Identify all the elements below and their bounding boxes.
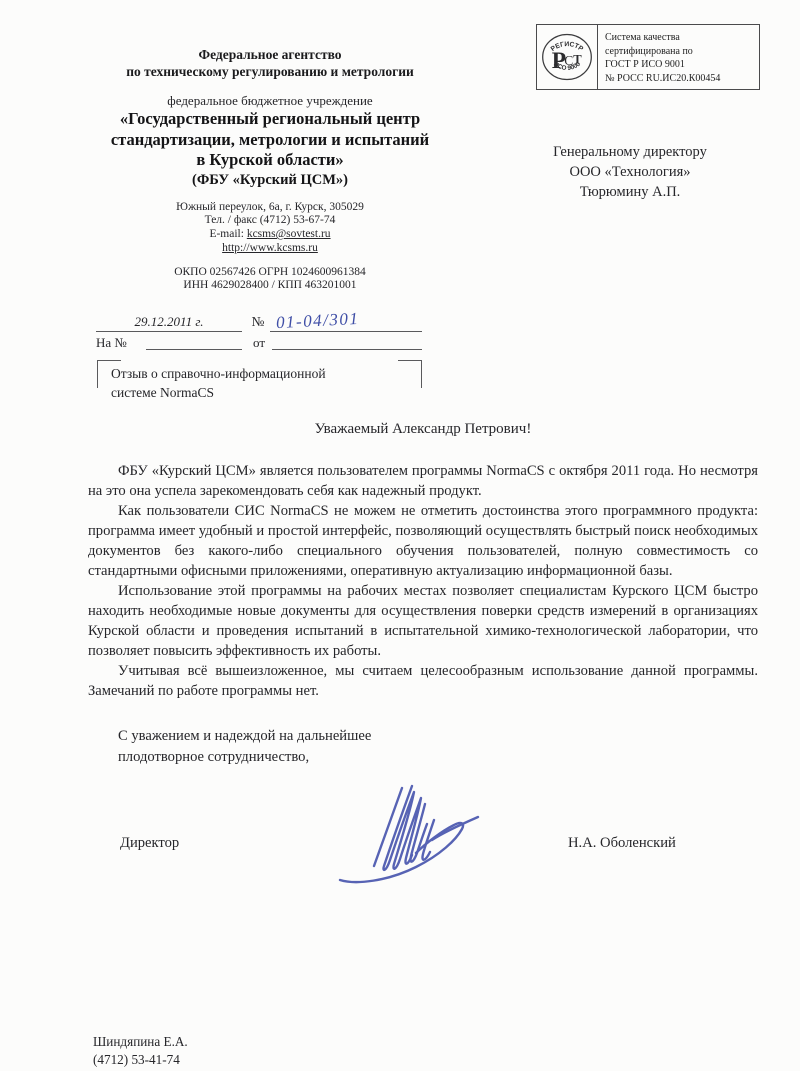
email-line: E-mail: kcsms@sovtest.ru (60, 228, 480, 242)
outgoing-number-field: 01-04/301 (270, 309, 422, 332)
salutation: Уважаемый Александр Петрович! (88, 421, 758, 438)
org-short-name: (ФБУ «Курский ЦСМ») (60, 171, 480, 189)
org-type: федеральное бюджетное учреждение (60, 93, 480, 109)
cert-stamp-text: Система качества сертифицирована по ГОСТ… (598, 25, 759, 89)
subject-block: Отзыв о справочно-информационной системе… (97, 360, 422, 412)
reply-number-line (146, 348, 242, 350)
stamp-monogram-t: Т (573, 52, 582, 66)
reply-to-label: На № (96, 335, 146, 353)
inn-kpp: ИНН 4629028400 / КПП 463201001 (60, 279, 480, 293)
subject-text: Отзыв о справочно-информационной системе… (111, 365, 326, 402)
rst-quality-mark-icon: РЕГИСТР ИСО 9000 Р С Т (540, 31, 594, 83)
body-paragraph: Учитывая всё вышеизложенное, мы считаем … (88, 661, 758, 701)
number-sign-label: № (248, 314, 268, 332)
email-link: kcsms@sovtest.ru (247, 228, 331, 240)
agency-name-line1: Федеральное агентство (60, 46, 480, 63)
from-date-line (272, 348, 422, 350)
registration-codes: ОКПО 02567426 ОГРН 1024600961384 ИНН 462… (60, 266, 480, 293)
letter-date: 29.12.2011 г. (96, 314, 242, 332)
org-name-line1: «Государственный региональный центр (60, 109, 480, 130)
email-label: E-mail: (209, 228, 244, 240)
stamp-monogram-c: С (564, 53, 573, 68)
closing-line1: С уважением и надеждой на дальнейшее (118, 726, 371, 747)
cert-line2: ГОСТ Р ИСО 9001 (605, 58, 754, 72)
org-name-line2: стандартизации, метрологии и испытаний (60, 130, 480, 151)
executor-phone: (4712) 53-41-74 (93, 1051, 188, 1069)
okpo-ogrn: ОКПО 02567426 ОГРН 1024600961384 (60, 266, 480, 280)
addressee-position: Генеральному директору (495, 142, 765, 162)
signature-handwriting-icon (318, 782, 498, 892)
corner-mark-right (398, 360, 422, 388)
executor-name: Шиндяпина Е.А. (93, 1033, 188, 1051)
contact-block: Южный переулок, 6а, г. Курск, 305029 Тел… (60, 201, 480, 256)
cert-line3: № РОСС RU.ИС20.К00454 (605, 72, 754, 86)
signer-name: Н.А. Оболенский (568, 835, 676, 852)
postal-address: Южный переулок, 6а, г. Курск, 305029 (60, 201, 480, 215)
body-paragraph: Использование этой программы на рабочих … (88, 581, 758, 661)
rst-logo-cell: РЕГИСТР ИСО 9000 Р С Т (537, 25, 598, 89)
closing-block: С уважением и надеждой на дальнейшее пло… (118, 726, 371, 768)
org-name-line3: в Курской области» (60, 150, 480, 171)
from-date-label: от (248, 335, 270, 353)
body-paragraph: Как пользователи СИС NormaCS не можем не… (88, 501, 758, 581)
handwritten-outgoing-number: 01-04/301 (276, 309, 360, 333)
body-paragraph: ФБУ «Курский ЦСМ» является пользователем… (88, 461, 758, 501)
addressee-company: ООО «Технология» (495, 162, 765, 182)
subject-line1: Отзыв о справочно-информационной (111, 365, 326, 384)
addressee-name: Тюрюмину А.П. (495, 182, 765, 202)
agency-name-line2: по техническому регулированию и метролог… (60, 63, 480, 80)
cert-line1: Система качества сертифицирована по (605, 31, 754, 58)
subject-line2: системе NormaCS (111, 384, 326, 403)
letterhead: Федеральное агентство по техническому ре… (60, 46, 480, 293)
signer-title: Директор (120, 835, 179, 852)
reference-block: 29.12.2011 г. № 01-04/301 На № от (96, 310, 422, 353)
ref-row-date-number: 29.12.2011 г. № 01-04/301 (96, 310, 422, 332)
website-link: http://www.kcsms.ru (60, 242, 480, 256)
addressee-block: Генеральному директору ООО «Технология» … (495, 142, 765, 202)
letter-body: ФБУ «Курский ЦСМ» является пользователем… (88, 461, 758, 701)
ref-row-reply: На № от (96, 333, 422, 353)
executor-block: Шиндяпина Е.А. (4712) 53-41-74 (93, 1033, 188, 1068)
scanned-letter-page: Федеральное агентство по техническому ре… (0, 0, 800, 1071)
phone-fax: Тел. / факс (4712) 53-67-74 (60, 214, 480, 228)
closing-line2: плодотворное сотрудничество, (118, 747, 371, 768)
quality-cert-stamp: РЕГИСТР ИСО 9000 Р С Т Система качества … (536, 24, 760, 90)
